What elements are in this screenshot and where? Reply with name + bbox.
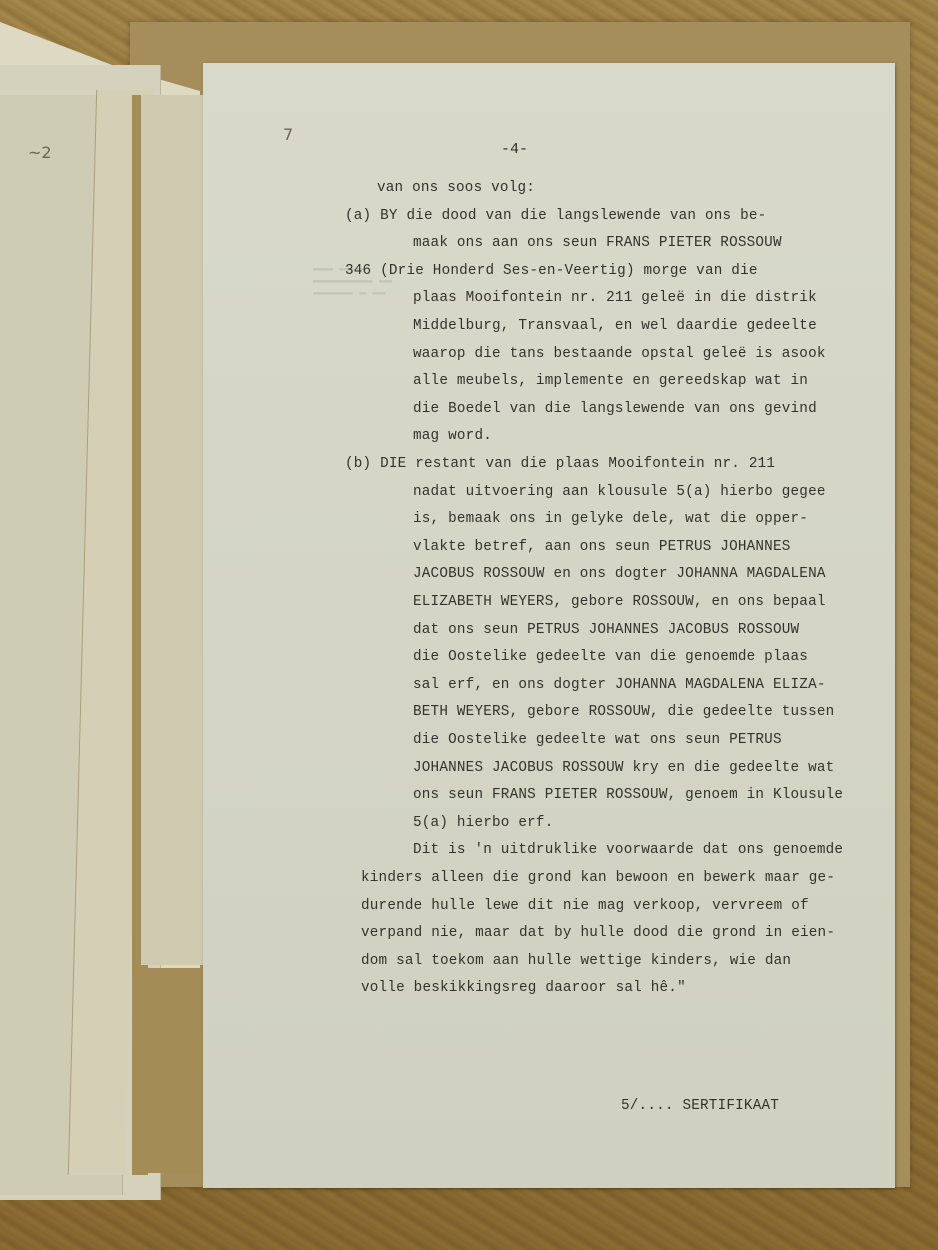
- document-line: 5(a) hierbo erf.: [413, 815, 553, 831]
- document-line: is, bemaak ons in gelyke dele, wat die o…: [413, 511, 808, 527]
- document-line: (a) BY die dood van die langslewende van…: [345, 208, 766, 224]
- document-line: 346 (Drie Honderd Ses-en-Veertig) morge …: [345, 263, 758, 279]
- typewritten-page: 7 -4- ▬▬▬ ▬▬▬▬ ▬▬▬▬▬▬▬▬▬ ▬▬ ▬▬▬▬▬▬ ▬ ▬▬ …: [203, 63, 895, 1188]
- document-line: nadat uitvoering aan klousule 5(a) hierb…: [413, 484, 826, 500]
- document-line: van ons soos volg:: [377, 180, 535, 196]
- document-line: waarop die tans bestaande opstal geleë i…: [413, 346, 826, 362]
- page-number: -4-: [501, 141, 528, 158]
- document-line: dom sal toekom aan hulle wettige kinders…: [361, 953, 791, 969]
- document-line: Middelburg, Transvaal, en wel daardie ge…: [413, 318, 817, 334]
- document-line: JOHANNES JACOBUS ROSSOUW kry en die gede…: [413, 760, 834, 776]
- document-line: die Oostelike gedeelte van die genoemde …: [413, 649, 808, 665]
- document-line: verpand nie, maar dat by hulle dood die …: [361, 925, 835, 941]
- catchword: 5/.... SERTIFIKAAT: [621, 1098, 779, 1114]
- pencil-mark-page: 7: [283, 125, 293, 144]
- document-line: die Oostelike gedeelte wat ons seun PETR…: [413, 732, 782, 748]
- document-line: volle beskikkingsreg daaroor sal hê.": [361, 980, 686, 996]
- document-line: kinders alleen die grond kan bewoon en b…: [361, 870, 835, 886]
- pencil-mark-left: ~2: [28, 143, 52, 162]
- document-line: vlakte betref, aan ons seun PETRUS JOHAN…: [413, 539, 791, 555]
- document-line: BETH WEYERS, gebore ROSSOUW, die gedeelt…: [413, 704, 834, 720]
- document-line: die Boedel van die langslewende van ons …: [413, 401, 817, 417]
- document-line: JACOBUS ROSSOUW en ons dogter JOHANNA MA…: [413, 566, 826, 582]
- document-line: Dit is 'n uitdruklike voorwaarde dat ons…: [413, 842, 843, 858]
- document-line: maak ons aan ons seun FRANS PIETER ROSSO…: [413, 235, 782, 251]
- document-line: dat ons seun PETRUS JOHANNES JACOBUS ROS…: [413, 622, 799, 638]
- document-line: mag word.: [413, 428, 492, 444]
- underlying-page-edge: [140, 95, 211, 965]
- document-line: plaas Mooifontein nr. 211 geleë in die d…: [413, 290, 817, 306]
- document-line: ons seun FRANS PIETER ROSSOUW, genoem in…: [413, 787, 843, 803]
- document-line: durende hulle lewe dit nie mag verkoop, …: [361, 898, 809, 914]
- document-line: sal erf, en ons dogter JOHANNA MAGDALENA…: [413, 677, 826, 693]
- document-line: alle meubels, implemente en gereedskap w…: [413, 373, 808, 389]
- document-line: (b) DIE restant van die plaas Mooifontei…: [345, 456, 775, 472]
- folder-spine-foot: [140, 968, 202, 1173]
- document-line: ELIZABETH WEYERS, gebore ROSSOUW, en ons…: [413, 594, 826, 610]
